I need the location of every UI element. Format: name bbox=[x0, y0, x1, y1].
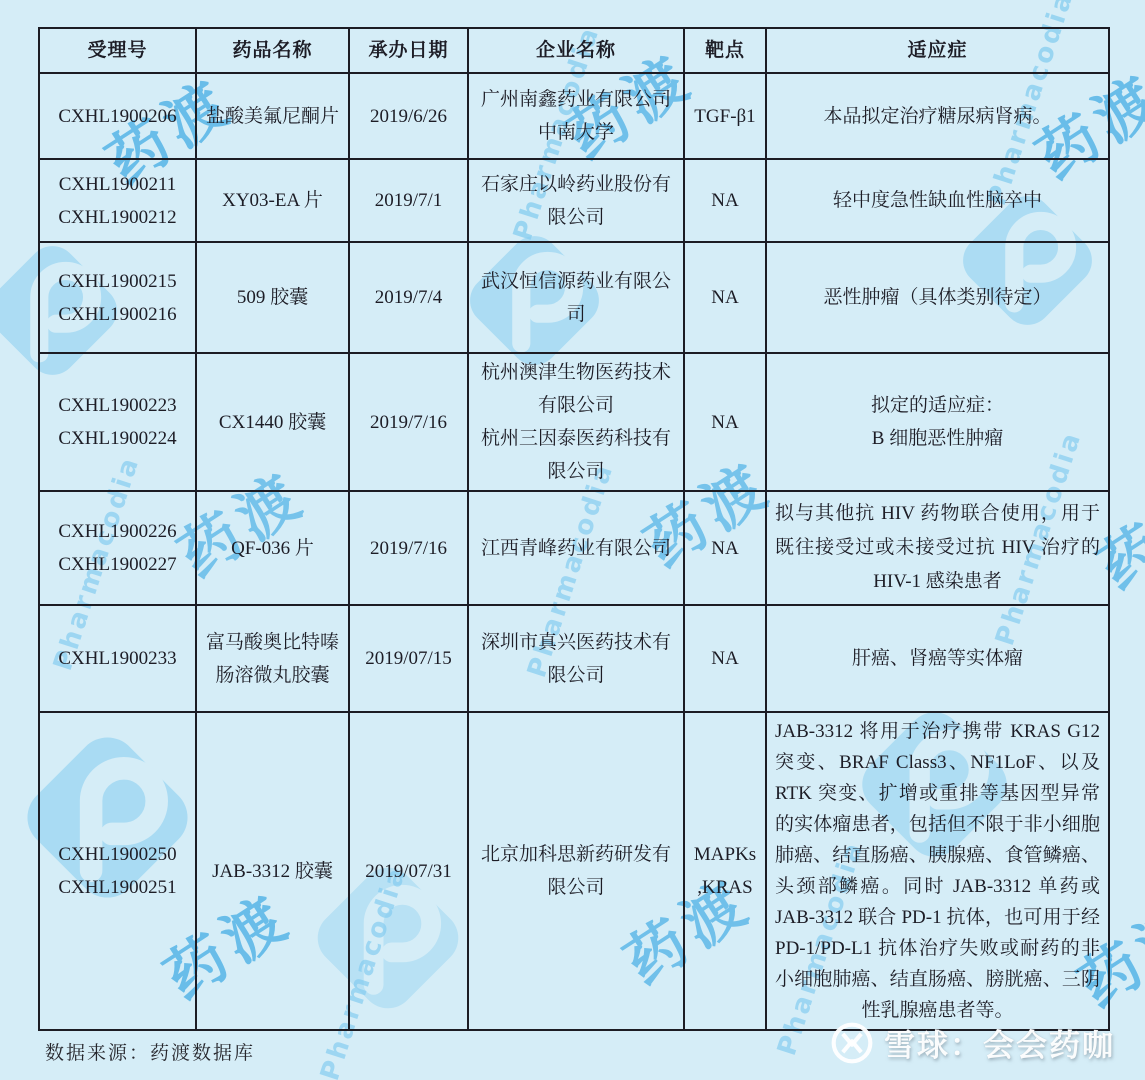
company-name: 杭州三因泰医药科技有限公司 bbox=[477, 422, 675, 488]
indication-text: JAB-3312 将用于治疗携带 KRAS G12 突变、BRAF Class3… bbox=[775, 716, 1100, 1026]
cell-target: NA bbox=[684, 242, 766, 353]
cell-acceptance: CXHL1900211 CXHL1900212 bbox=[39, 159, 196, 242]
indication-text: 本品拟定治疗糖尿病肾病。 bbox=[775, 100, 1100, 133]
acceptance-number: CXHL1900233 bbox=[48, 642, 187, 675]
target-value: NA bbox=[693, 281, 757, 314]
table-row: CXHL1900215 CXHL1900216 509 胶囊 2019/7/4 … bbox=[39, 242, 1109, 353]
header-indication: 适应症 bbox=[766, 28, 1109, 73]
drug-name: XY03-EA 片 bbox=[205, 184, 340, 217]
acceptance-number: CXHL1900211 bbox=[48, 168, 187, 201]
cell-company: 杭州澳津生物医药技术有限公司 杭州三因泰医药科技有限公司 bbox=[468, 353, 684, 491]
cell-drug-name: CX1440 胶囊 bbox=[196, 353, 349, 491]
header-company-name: 企业名称 bbox=[468, 28, 684, 73]
indication-text: 拟与其他抗 HIV 药物联合使用，用于既往接受过或未接受过抗 HIV 治疗的 H… bbox=[775, 497, 1100, 599]
cell-indication: 本品拟定治疗糖尿病肾病。 bbox=[766, 73, 1109, 159]
cell-target: NA bbox=[684, 491, 766, 605]
cell-date: 2019/07/31 bbox=[349, 712, 468, 1030]
cell-company: 广州南鑫药业有限公司 中南大学 bbox=[468, 73, 684, 159]
indication-text: B 细胞恶性肿瘤 bbox=[775, 422, 1100, 455]
table-row: CXHL1900250 CXHL1900251 JAB-3312 胶囊 2019… bbox=[39, 712, 1109, 1030]
header-row: 受理号 药品名称 承办日期 企业名称 靶点 适应症 bbox=[39, 28, 1109, 73]
company-name: 杭州澳津生物医药技术有限公司 bbox=[477, 356, 675, 422]
acceptance-number: CXHL1900223 bbox=[48, 389, 187, 422]
acceptance-number: CXHL1900215 bbox=[48, 265, 187, 298]
company-name: 北京加科思新药研发有限公司 bbox=[477, 838, 675, 904]
undertake-date: 2019/07/15 bbox=[358, 642, 459, 675]
cell-indication: 轻中度急性缺血性脑卒中 bbox=[766, 159, 1109, 242]
cell-company: 石家庄以岭药业股份有限公司 bbox=[468, 159, 684, 242]
indication-text: 恶性肿瘤（具体类别待定） bbox=[775, 281, 1100, 314]
cell-date: 2019/7/16 bbox=[349, 353, 468, 491]
cell-drug-name: 509 胶囊 bbox=[196, 242, 349, 353]
cell-company: 武汉恒信源药业有限公司 bbox=[468, 242, 684, 353]
cell-target: NA bbox=[684, 159, 766, 242]
drug-name: 509 胶囊 bbox=[205, 281, 340, 314]
target-value: ,KRAS bbox=[693, 871, 757, 904]
acceptance-number: CXHL1900224 bbox=[48, 422, 187, 455]
table-row: CXHL1900223 CXHL1900224 CX1440 胶囊 2019/7… bbox=[39, 353, 1109, 491]
cell-drug-name: XY03-EA 片 bbox=[196, 159, 349, 242]
xueqiu-badge-text: 雪球：会会药咖 bbox=[884, 1020, 1115, 1065]
drug-name: QF-036 片 bbox=[205, 532, 340, 565]
page: { "table": { "headers": ["受理号", "药品名称", … bbox=[0, 0, 1145, 1080]
cell-drug-name: JAB-3312 胶囊 bbox=[196, 712, 349, 1030]
header-undertake-date: 承办日期 bbox=[349, 28, 468, 73]
xueqiu-badge: 雪球：会会药咖 bbox=[830, 1020, 1115, 1065]
cell-indication: 恶性肿瘤（具体类别待定） bbox=[766, 242, 1109, 353]
cell-company: 江西青峰药业有限公司 bbox=[468, 491, 684, 605]
acceptance-number: CXHL1900251 bbox=[48, 871, 187, 904]
table-row: CXHL1900233 富马酸奥比特嗪肠溶微丸胶囊 2019/07/15 深圳市… bbox=[39, 605, 1109, 712]
table-row: CXHL1900211 CXHL1900212 XY03-EA 片 2019/7… bbox=[39, 159, 1109, 242]
target-value: NA bbox=[693, 406, 757, 439]
cell-target: MAPKs ,KRAS bbox=[684, 712, 766, 1030]
drug-name: JAB-3312 胶囊 bbox=[205, 855, 340, 888]
cell-date: 2019/7/16 bbox=[349, 491, 468, 605]
cell-date: 2019/07/15 bbox=[349, 605, 468, 712]
indication-text: 轻中度急性缺血性脑卒中 bbox=[775, 184, 1100, 217]
cell-date: 2019/7/1 bbox=[349, 159, 468, 242]
cell-acceptance: CXHL1900223 CXHL1900224 bbox=[39, 353, 196, 491]
cell-date: 2019/7/4 bbox=[349, 242, 468, 353]
cell-drug-name: QF-036 片 bbox=[196, 491, 349, 605]
table-row: CXHL1900226 CXHL1900227 QF-036 片 2019/7/… bbox=[39, 491, 1109, 605]
indication-text: 肝癌、肾癌等实体瘤 bbox=[775, 642, 1100, 675]
company-name: 中南大学 bbox=[477, 116, 675, 149]
cell-drug-name: 盐酸美氟尼酮片 bbox=[196, 73, 349, 159]
header-acceptance-number: 受理号 bbox=[39, 28, 196, 73]
undertake-date: 2019/6/26 bbox=[358, 100, 459, 133]
cell-indication: 拟定的适应症： B 细胞恶性肿瘤 bbox=[766, 353, 1109, 491]
acceptance-number: CXHL1900212 bbox=[48, 201, 187, 234]
company-name: 深圳市真兴医药技术有限公司 bbox=[477, 626, 675, 692]
cell-acceptance: CXHL1900233 bbox=[39, 605, 196, 712]
acceptance-number: CXHL1900226 bbox=[48, 515, 187, 548]
undertake-date: 2019/7/16 bbox=[358, 406, 459, 439]
cell-acceptance: CXHL1900226 CXHL1900227 bbox=[39, 491, 196, 605]
header-drug-name: 药品名称 bbox=[196, 28, 349, 73]
target-value: TGF-β1 bbox=[693, 100, 757, 133]
target-value: NA bbox=[693, 532, 757, 565]
company-name: 武汉恒信源药业有限公司 bbox=[477, 265, 675, 331]
cell-drug-name: 富马酸奥比特嗪肠溶微丸胶囊 bbox=[196, 605, 349, 712]
drug-name: 富马酸奥比特嗪肠溶微丸胶囊 bbox=[205, 626, 340, 692]
company-name: 江西青峰药业有限公司 bbox=[477, 532, 675, 565]
acceptance-number: CXHL1900250 bbox=[48, 838, 187, 871]
acceptance-number: CXHL1900206 bbox=[48, 100, 187, 133]
undertake-date: 2019/7/16 bbox=[358, 532, 459, 565]
header-target: 靶点 bbox=[684, 28, 766, 73]
xueqiu-logo-icon bbox=[830, 1021, 874, 1065]
cell-acceptance: CXHL1900215 CXHL1900216 bbox=[39, 242, 196, 353]
drug-name: 盐酸美氟尼酮片 bbox=[205, 100, 340, 133]
cell-indication: 拟与其他抗 HIV 药物联合使用，用于既往接受过或未接受过抗 HIV 治疗的 H… bbox=[766, 491, 1109, 605]
cell-date: 2019/6/26 bbox=[349, 73, 468, 159]
cell-company: 北京加科思新药研发有限公司 bbox=[468, 712, 684, 1030]
cell-acceptance: CXHL1900250 CXHL1900251 bbox=[39, 712, 196, 1030]
cell-target: NA bbox=[684, 605, 766, 712]
undertake-date: 2019/7/4 bbox=[358, 281, 459, 314]
cell-acceptance: CXHL1900206 bbox=[39, 73, 196, 159]
undertake-date: 2019/07/31 bbox=[358, 855, 459, 888]
company-name: 广州南鑫药业有限公司 bbox=[477, 83, 675, 116]
acceptance-number: CXHL1900216 bbox=[48, 298, 187, 331]
data-source-note: 数据来源：药渡数据库 bbox=[45, 1038, 255, 1065]
undertake-date: 2019/7/1 bbox=[358, 184, 459, 217]
target-value: MAPKs bbox=[693, 838, 757, 871]
indication-text: 拟定的适应症： bbox=[775, 389, 1100, 422]
cell-indication: JAB-3312 将用于治疗携带 KRAS G12 突变、BRAF Class3… bbox=[766, 712, 1109, 1030]
cell-target: TGF-β1 bbox=[684, 73, 766, 159]
target-value: NA bbox=[693, 642, 757, 675]
cell-target: NA bbox=[684, 353, 766, 491]
cell-company: 深圳市真兴医药技术有限公司 bbox=[468, 605, 684, 712]
acceptance-number: CXHL1900227 bbox=[48, 548, 187, 581]
company-name: 石家庄以岭药业股份有限公司 bbox=[477, 168, 675, 234]
table-row: CXHL1900206 盐酸美氟尼酮片 2019/6/26 广州南鑫药业有限公司… bbox=[39, 73, 1109, 159]
cell-indication: 肝癌、肾癌等实体瘤 bbox=[766, 605, 1109, 712]
drug-name: CX1440 胶囊 bbox=[205, 406, 340, 439]
drug-application-table: 受理号 药品名称 承办日期 企业名称 靶点 适应症 CXHL1900206 盐酸… bbox=[38, 27, 1110, 1031]
target-value: NA bbox=[693, 184, 757, 217]
